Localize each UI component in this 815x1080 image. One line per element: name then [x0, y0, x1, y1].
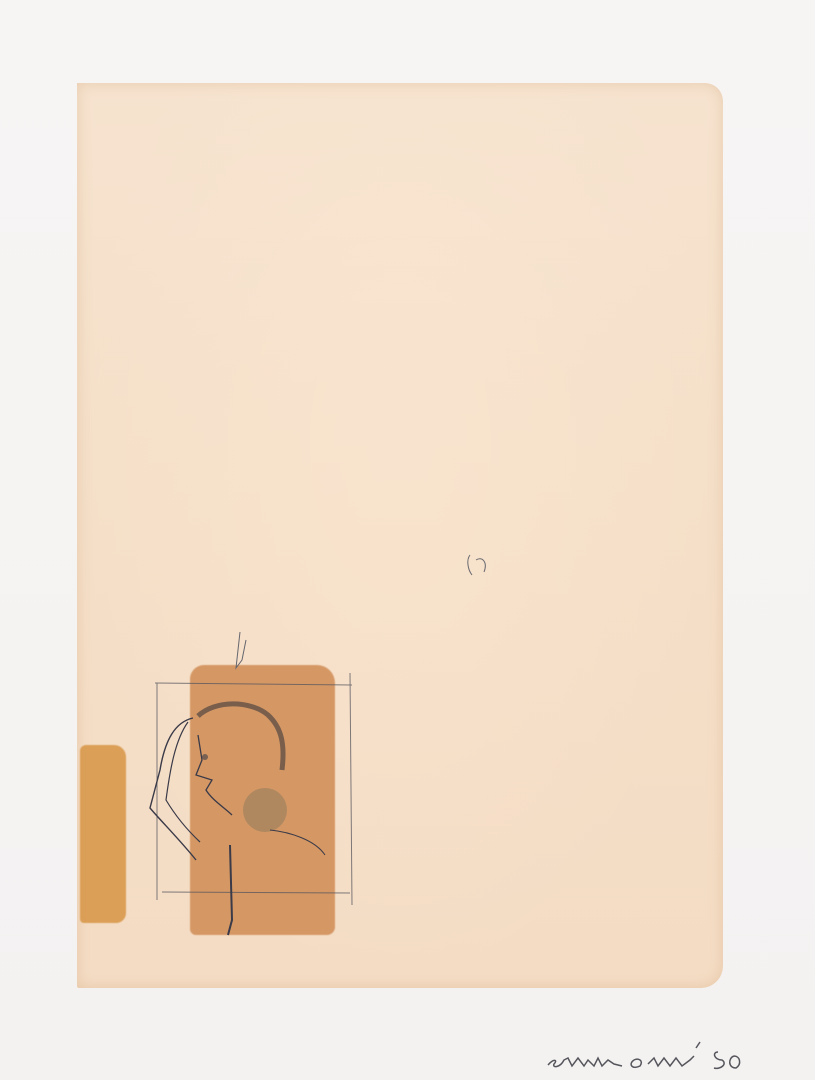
pencil-sketch	[0, 0, 815, 1080]
signature-glyph	[544, 1030, 804, 1075]
artist-signature: emilio ormi '80	[544, 1030, 804, 1075]
